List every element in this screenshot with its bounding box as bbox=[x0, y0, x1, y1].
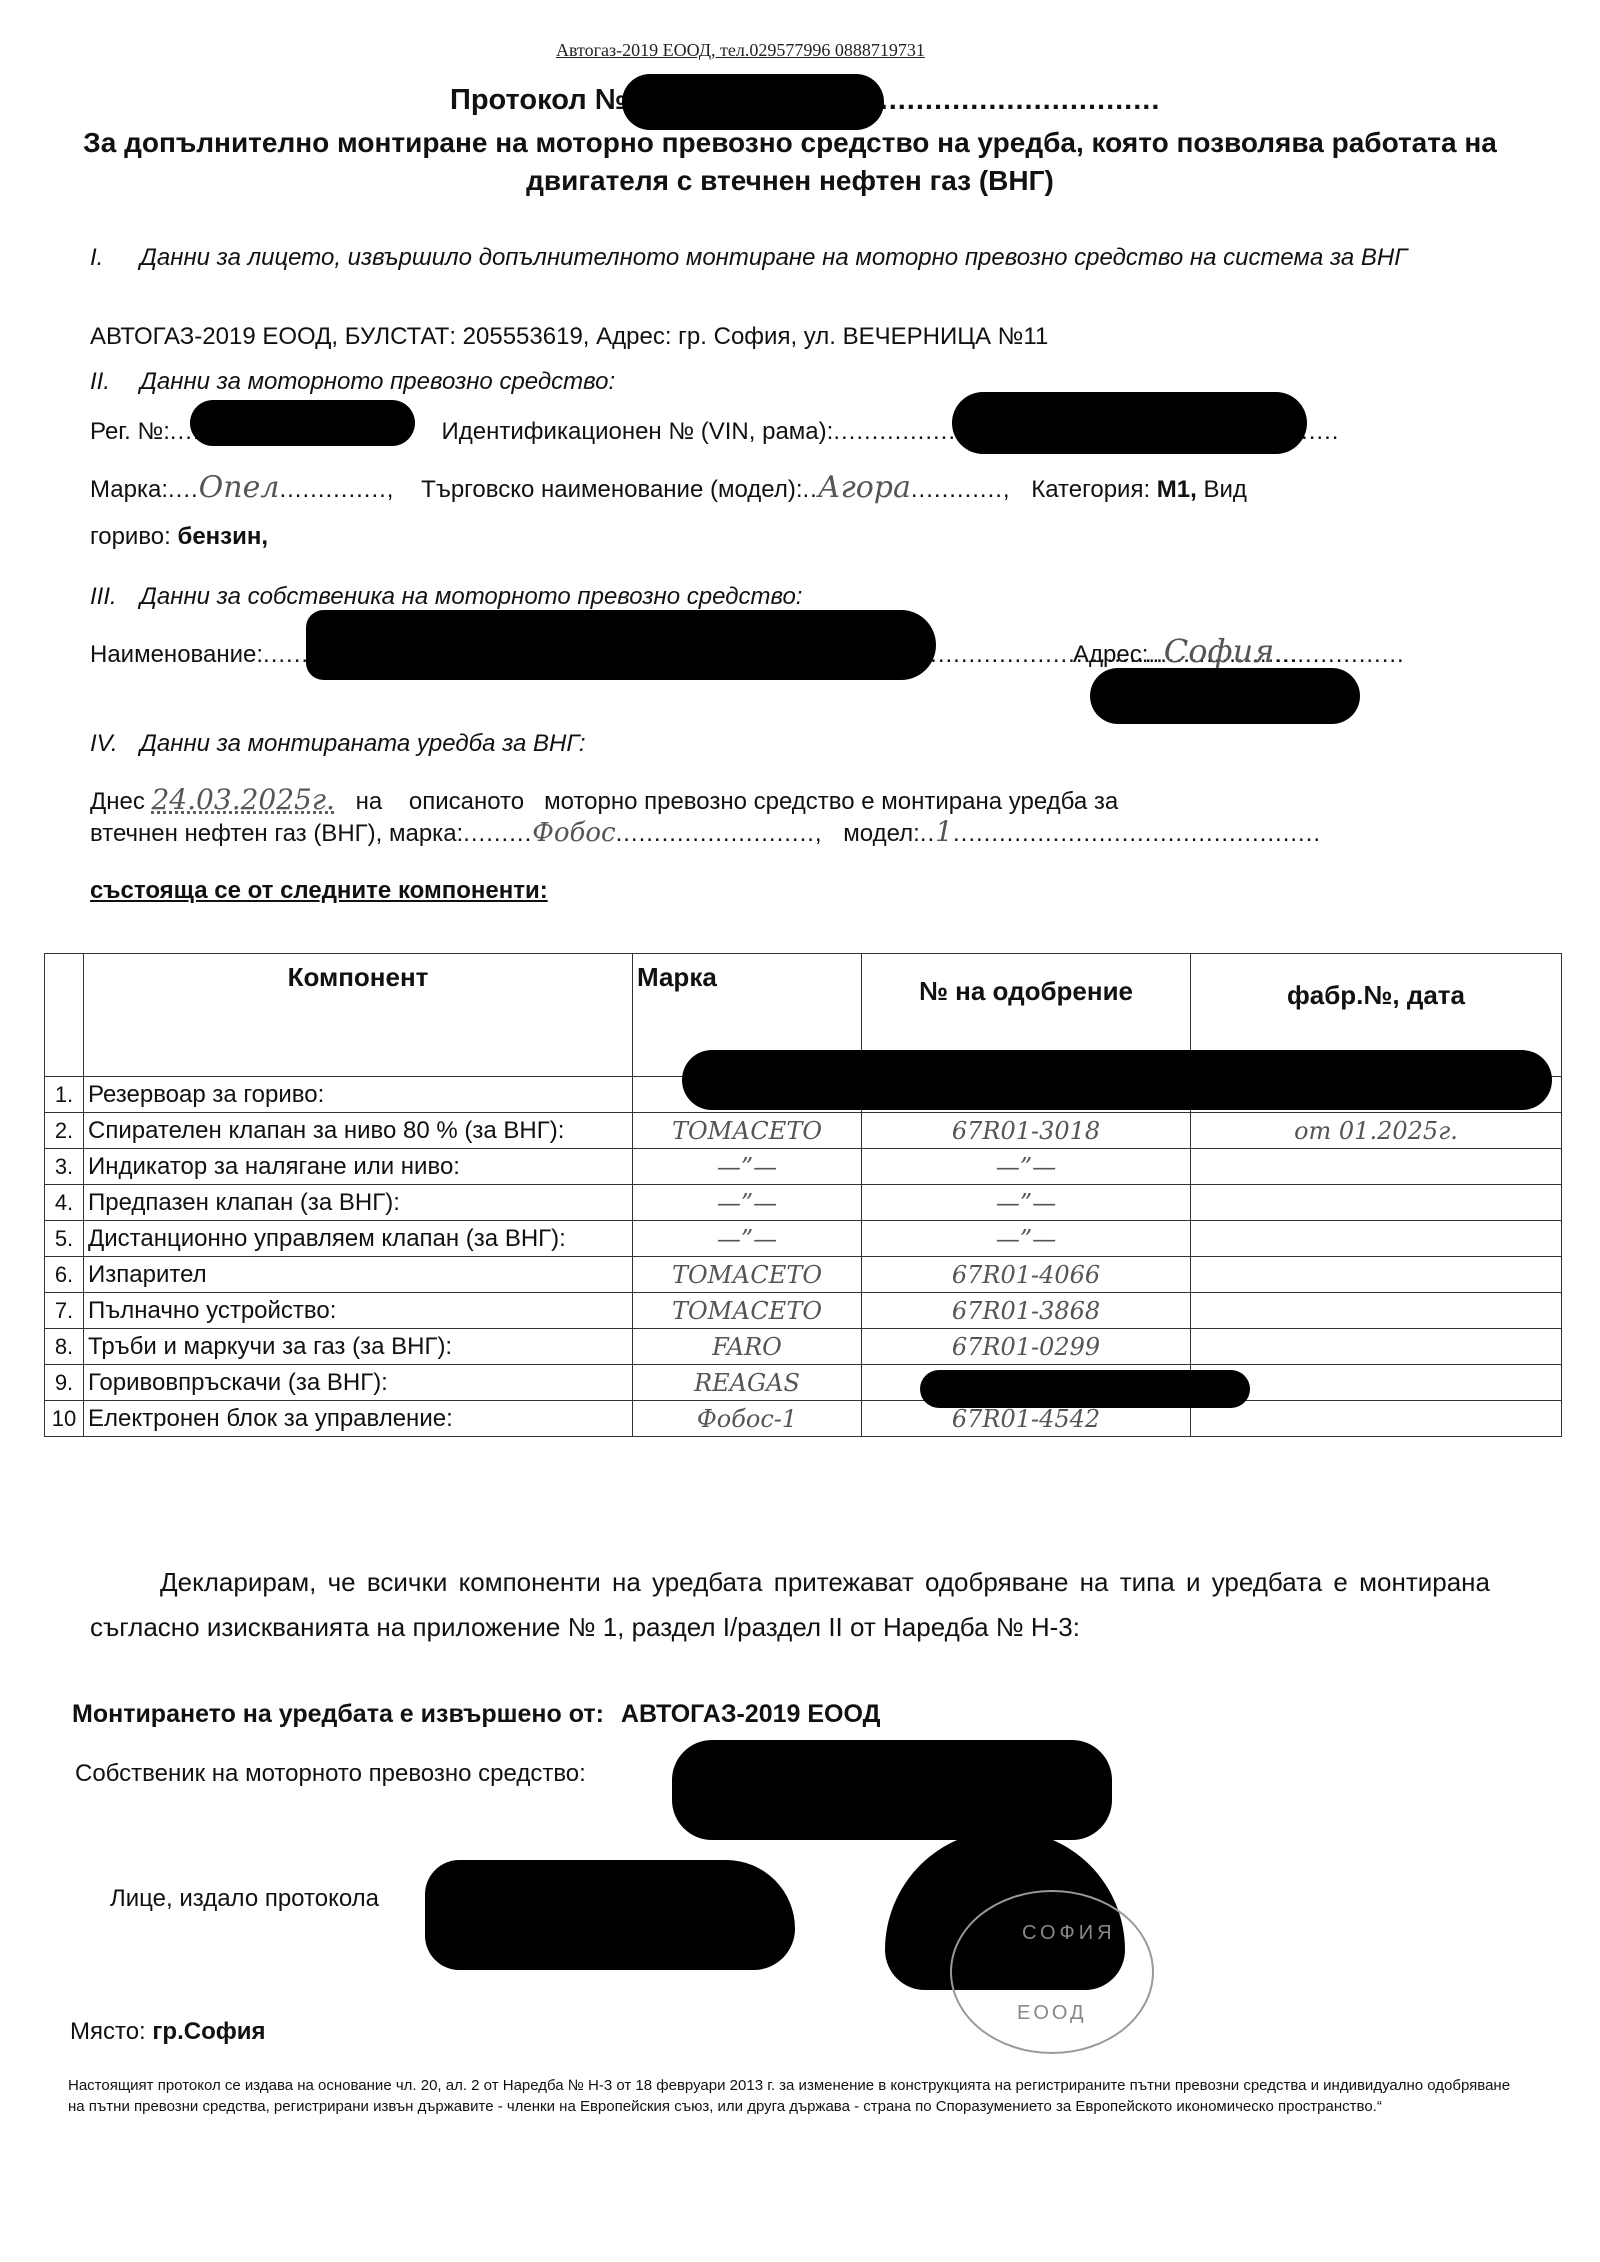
serial-date bbox=[1191, 1185, 1562, 1221]
lpg-model-value: 1 bbox=[935, 815, 953, 848]
component-name: Предпазен клапан (за ВНГ): bbox=[84, 1185, 633, 1221]
table-row: 7.Пълначно устройство:ТОМАСЕТО67R01-3868 bbox=[45, 1293, 1562, 1329]
serial-date bbox=[1191, 1257, 1562, 1293]
component-brand: ТОМАСЕТО bbox=[633, 1113, 862, 1149]
row-number: 4. bbox=[45, 1185, 84, 1221]
company-stamp: СОФИЯ ЕООД bbox=[950, 1890, 1154, 2054]
owner-name-label: Наименование: bbox=[90, 641, 263, 668]
component-name: Електронен блок за управление: bbox=[84, 1401, 633, 1437]
today-label: Днес bbox=[90, 788, 145, 815]
serial-date: от 01.2025г. bbox=[1191, 1113, 1562, 1149]
table-row: 10Електронен блок за управление:Фобос-16… bbox=[45, 1401, 1562, 1437]
model-label: Търговско наименование (модел): bbox=[421, 476, 802, 503]
component-brand: ТОМАСЕТО bbox=[633, 1293, 862, 1329]
redacted-protocol-number bbox=[622, 74, 884, 130]
owner-address-label: Адрес: bbox=[1073, 641, 1148, 668]
section-1-heading: I.Данни за лицето, извършило допълнителн… bbox=[90, 240, 1510, 276]
serial-date bbox=[1191, 1401, 1562, 1437]
vehicle-make-row: Марка:....Опел.............., Търговско … bbox=[90, 470, 1510, 505]
component-name: Горивовпръскачи (за ВНГ): bbox=[84, 1365, 633, 1401]
components-table: Компонент Марка № на одобрение фабр.№, д… bbox=[44, 953, 1562, 1437]
component-brand: —”— bbox=[633, 1221, 862, 1257]
table-row: 6.ИзпарителТОМАСЕТО67R01-4066 bbox=[45, 1257, 1562, 1293]
component-name: Дистанционно управляем клапан (за ВНГ): bbox=[84, 1221, 633, 1257]
table-row: 9.Горивовпръскачи (за ВНГ):REAGAS bbox=[45, 1365, 1562, 1401]
protocol-label: Протокол № bbox=[450, 84, 627, 116]
section-3-heading: III.Данни за собственика на моторното пр… bbox=[90, 583, 802, 611]
serial-date bbox=[1191, 1149, 1562, 1185]
fuel-value: бензин, bbox=[178, 523, 269, 550]
component-brand: Фобос-1 bbox=[633, 1401, 862, 1437]
row-number: 1. bbox=[45, 1077, 84, 1113]
model-value: Агора bbox=[818, 470, 911, 505]
company-contact-header: Автогаз-2019 ЕООД, тел.029577996 0888719… bbox=[556, 40, 925, 61]
category-label: Категория: bbox=[1031, 476, 1150, 503]
installed-by-label: Монтирането на уредбата е извършено от: bbox=[72, 1700, 604, 1728]
component-brand: —”— bbox=[633, 1185, 862, 1221]
owner-address-value: София bbox=[1164, 632, 1275, 670]
row-number: 9. bbox=[45, 1365, 84, 1401]
component-brand: ТОМАСЕТО bbox=[633, 1257, 862, 1293]
vin-label: Идентификационен № (VIN, рама): bbox=[442, 418, 834, 445]
row-number: 2. bbox=[45, 1113, 84, 1149]
row-number: 7. bbox=[45, 1293, 84, 1329]
redacted-reg-number bbox=[190, 400, 415, 446]
approval-number: —”— bbox=[862, 1221, 1191, 1257]
components-heading: състояща се от следните компоненти: bbox=[90, 877, 548, 905]
table-row: 5.Дистанционно управляем клапан (за ВНГ)… bbox=[45, 1221, 1562, 1257]
place-value: гр.София bbox=[152, 2018, 265, 2045]
make-value: Опел bbox=[199, 470, 280, 505]
installer-details: АВТОГАЗ-2019 ЕООД, БУЛСТАТ: 205553619, А… bbox=[90, 323, 1048, 351]
component-name: Изпарител bbox=[84, 1257, 633, 1293]
issuer-signature-label: Лице, издало протокола bbox=[110, 1885, 379, 1913]
row-number: 8. bbox=[45, 1329, 84, 1365]
redacted-injector-approval bbox=[920, 1370, 1250, 1408]
installed-by-value: АВТОГАЗ-2019 ЕООД bbox=[621, 1700, 881, 1728]
redacted-owner-name bbox=[306, 610, 936, 680]
category-value: М1, bbox=[1157, 476, 1197, 503]
table-row: 2.Спирателен клапан за ниво 80 % (за ВНГ… bbox=[45, 1113, 1562, 1149]
component-name: Индикатор за налягане или ниво: bbox=[84, 1149, 633, 1185]
installation-date-row: Днес 24.03.2025г. на описаното моторно п… bbox=[90, 783, 1510, 816]
component-name: Пълначно устройство: bbox=[84, 1293, 633, 1329]
approval-number: —”— bbox=[862, 1185, 1191, 1221]
row-number: 3. bbox=[45, 1149, 84, 1185]
table-row: 3.Индикатор за налягане или ниво:—”——”— bbox=[45, 1149, 1562, 1185]
installation-text: на описаното моторно превозно средство е… bbox=[356, 788, 1119, 815]
lpg-brand-value: Фобос bbox=[532, 818, 615, 848]
serial-date bbox=[1191, 1293, 1562, 1329]
row-number: 5. bbox=[45, 1221, 84, 1257]
redacted-owner-address bbox=[1090, 668, 1360, 724]
document-subtitle: За допълнително монтиране на моторно пре… bbox=[70, 124, 1510, 200]
lpg-brand-row: втечнен нефтен газ (ВНГ), марка:........… bbox=[90, 815, 1510, 848]
component-name: Резервоар за гориво: bbox=[84, 1077, 633, 1113]
installation-date: 24.03.2025г. bbox=[152, 783, 335, 816]
serial-date bbox=[1191, 1329, 1562, 1365]
redacted-tank-details bbox=[682, 1050, 1552, 1110]
header-num bbox=[45, 954, 84, 1077]
row-number: 6. bbox=[45, 1257, 84, 1293]
declaration-text: Декларирам, че всички компоненти на уред… bbox=[90, 1560, 1490, 1650]
place-row: Място: гр.София bbox=[70, 2018, 265, 2046]
component-brand: FARO bbox=[633, 1329, 862, 1365]
stamp-top-text: СОФИЯ bbox=[1022, 1922, 1116, 1945]
place-label: Място: bbox=[70, 2018, 146, 2045]
component-brand: REAGAS bbox=[633, 1365, 862, 1401]
redacted-issuer-name bbox=[425, 1860, 795, 1970]
component-name: Спирателен клапан за ниво 80 % (за ВНГ): bbox=[84, 1113, 633, 1149]
header-component: Компонент bbox=[84, 954, 633, 1077]
approval-number: —”— bbox=[862, 1149, 1191, 1185]
lpg-model-label: модел: bbox=[843, 820, 920, 847]
table-row: 4.Предпазен клапан (за ВНГ):—”——”— bbox=[45, 1185, 1562, 1221]
fuel-row: гориво: бензин, bbox=[90, 523, 268, 551]
owner-signature-label: Собственик на моторното превозно средств… bbox=[75, 1760, 586, 1788]
row-number: 10 bbox=[45, 1401, 84, 1437]
section-4-heading: IV.Данни за монтираната уредба за ВНГ: bbox=[90, 730, 586, 758]
serial-date bbox=[1191, 1221, 1562, 1257]
approval-number: 67R01-3868 bbox=[862, 1293, 1191, 1329]
approval-number: 67R01-4066 bbox=[862, 1257, 1191, 1293]
component-name: Тръби и маркучи за газ (за ВНГ): bbox=[84, 1329, 633, 1365]
table-row: 8.Тръби и маркучи за газ (за ВНГ):FARO67… bbox=[45, 1329, 1562, 1365]
reg-label: Рег. №: bbox=[90, 418, 170, 445]
redacted-owner-signature bbox=[672, 1740, 1112, 1840]
approval-number: 67R01-3018 bbox=[862, 1113, 1191, 1149]
approval-number: 67R01-0299 bbox=[862, 1329, 1191, 1365]
installed-by-row: Монтирането на уредбата е извършено от: … bbox=[72, 1700, 880, 1729]
section-2-heading: II.Данни за моторното превозно средство: bbox=[90, 368, 615, 396]
component-brand: —”— bbox=[633, 1149, 862, 1185]
redacted-vin bbox=[952, 392, 1307, 454]
fuel-label: Вид bbox=[1203, 476, 1246, 503]
stamp-bottom-text: ЕООД bbox=[1017, 2002, 1087, 2025]
make-label: Марка: bbox=[90, 476, 168, 503]
legal-footnote: Настоящият протокол се издава на основан… bbox=[68, 2075, 1518, 2117]
